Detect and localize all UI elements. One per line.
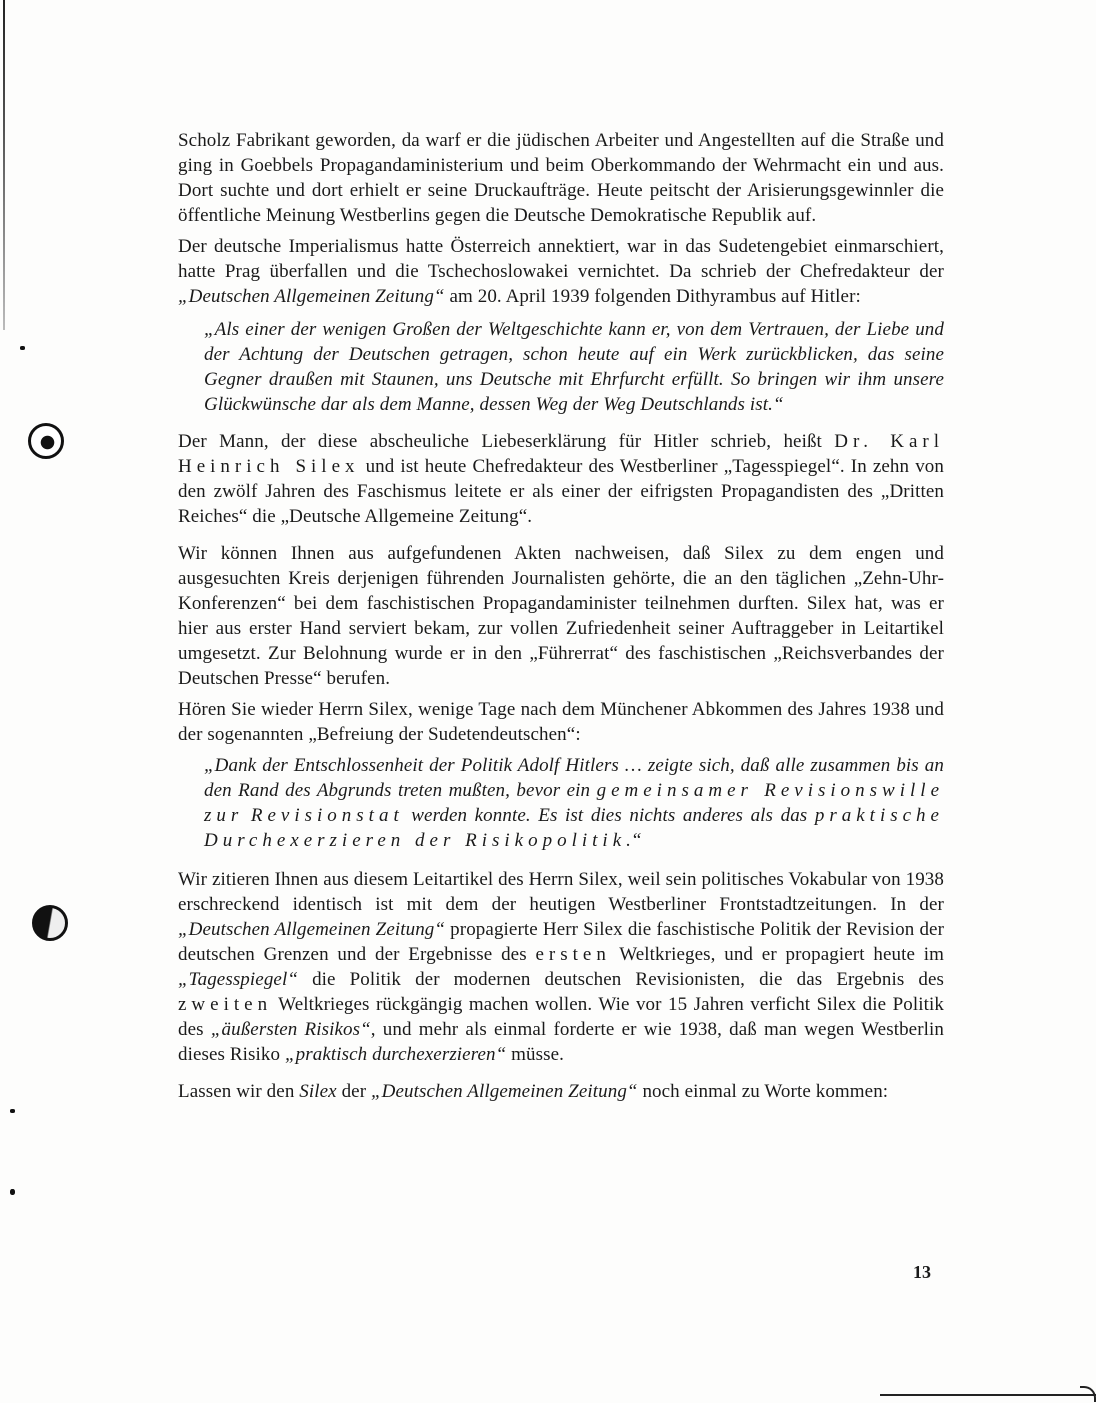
paragraph: Lassen wir den Silex der „Deutschen Allg… <box>178 1079 944 1104</box>
text-run: Weltkrieges, und er propagiert heute im <box>611 944 944 965</box>
punch-hole-icon <box>28 423 64 459</box>
paragraph: Der deutsche Imperialismus hatte Österre… <box>178 234 944 309</box>
text-run: der <box>337 1081 371 1102</box>
text-run: Wir zitieren Ihnen aus diesem Leitartike… <box>178 869 944 915</box>
italic-emphasis: „Deutschen Allgemeinen Zeitung“ <box>178 919 445 940</box>
spaced-emphasis: gemein­samer Revisionswille <box>597 780 944 801</box>
spaced-emphasis: ersten <box>535 944 610 965</box>
spaced-emphasis: zur <box>204 805 243 826</box>
page-edge-shadow <box>3 0 5 330</box>
spaced-emphasis: zweiten <box>178 994 272 1015</box>
italic-emphasis: „Deutschen Allgemeinen Zeitung“ <box>178 286 445 307</box>
block-quote: „Als einer der wenigen Großen der Weltge… <box>204 317 944 417</box>
text-run: noch einmal zu Worte kommen: <box>638 1081 889 1102</box>
text-run: werden konnte. Es ist dies nichts andere… <box>404 805 815 826</box>
punch-hole-icon <box>32 905 68 941</box>
text-run: Der Mann, der diese abscheuliche Liebese… <box>178 431 834 452</box>
italic-emphasis: „äußer­sten Risikos“ <box>211 1019 371 1040</box>
block-quote: „Dank der Entschlossenheit der Politik A… <box>204 753 944 853</box>
italic-emphasis: „Tagesspiegel“ <box>178 969 298 990</box>
paragraph: Wir können Ihnen aus aufgefundenen Akten… <box>178 541 944 691</box>
text-run: müsse. <box>506 1044 564 1065</box>
paragraph: Hören Sie wieder Herrn Silex, wenige Tag… <box>178 697 944 747</box>
scan-speck <box>10 1189 15 1195</box>
italic-emphasis: „praktisch durchexerzieren“ <box>285 1044 506 1065</box>
paragraph: Scholz Fabrikant geworden, da warf er di… <box>178 128 944 228</box>
document-body: Scholz Fabrikant geworden, da warf er di… <box>178 128 944 1112</box>
text-run: am 20. April 1939 folgenden Dithyrambus … <box>445 286 861 307</box>
scan-speck <box>10 1109 15 1113</box>
text-run: Scholz Fabrikant geworden, da warf er di… <box>178 130 944 226</box>
page-edge-bottom <box>880 1394 1096 1396</box>
spaced-emphasis: Revisionstat <box>251 805 404 826</box>
text-run: Wir können Ihnen aus aufgefundenen Akten… <box>178 543 944 689</box>
text-run: Der deutsche Imperialismus hatte Österre… <box>178 236 944 282</box>
text-run: .“ <box>626 830 642 851</box>
text-run: „Als einer der wenigen Großen der Weltge… <box>204 319 944 415</box>
scanned-page: Scholz Fabrikant geworden, da warf er di… <box>0 0 1096 1403</box>
page-corner-curl <box>1080 1386 1096 1402</box>
italic-emphasis: „Deutschen Allgemeinen Zeitung“ <box>371 1081 638 1102</box>
text-run <box>243 805 251 826</box>
page-number: 13 <box>913 1262 931 1283</box>
italic-emphasis: Silex <box>299 1081 336 1102</box>
text-run: Lassen wir den <box>178 1081 299 1102</box>
scan-speck <box>20 346 25 350</box>
paragraph: Der Mann, der diese abscheuliche Liebese… <box>178 429 944 529</box>
text-run: die Politik der modernen deutschen Revis… <box>298 969 944 990</box>
text-run: Hören Sie wieder Herrn Silex, wenige Tag… <box>178 699 944 745</box>
paragraph: Wir zitieren Ihnen aus diesem Leitartike… <box>178 867 944 1067</box>
